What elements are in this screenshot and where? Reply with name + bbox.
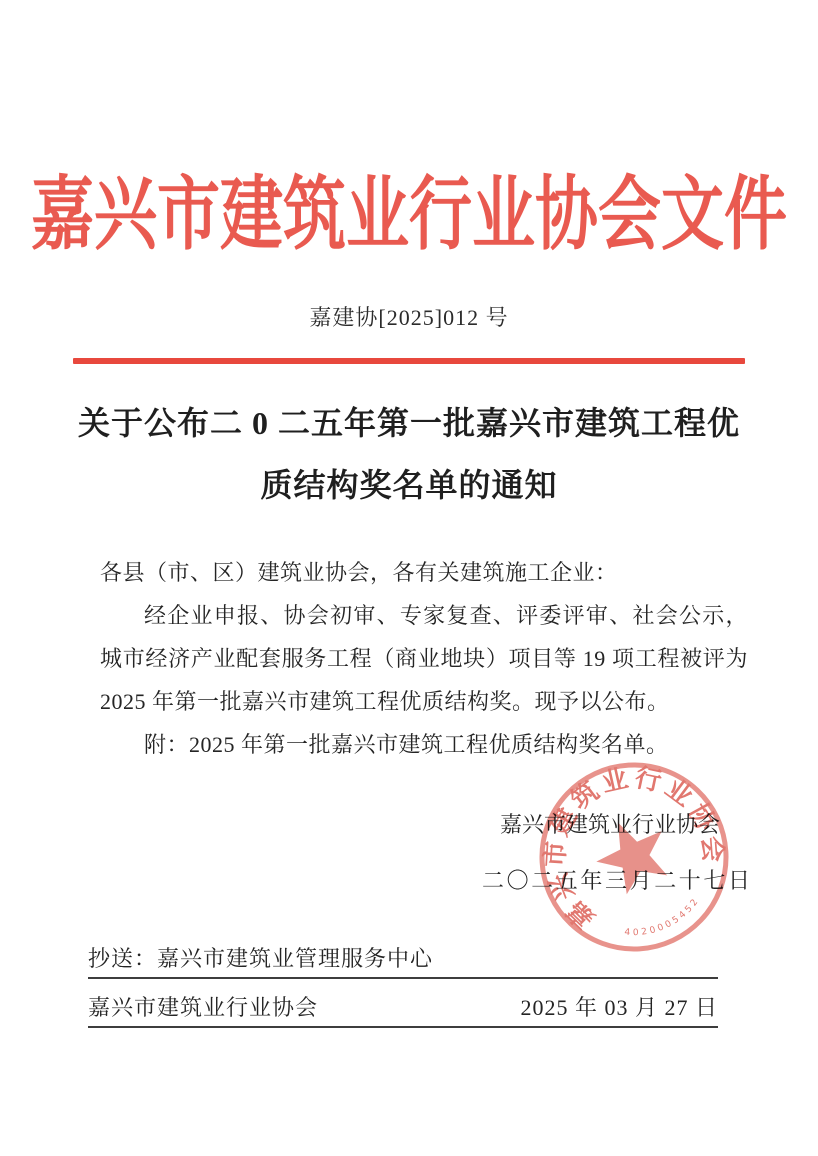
signature-organization: 嘉兴市建筑业行业协会 <box>500 808 722 839</box>
letterhead-title: 嘉兴市建筑业行业协会文件 <box>0 145 818 286</box>
signature-date: 二〇二五年三月二十七日 <box>482 864 758 895</box>
seal-ring <box>529 752 739 962</box>
issue-date: 2025 年 03 月 27 日 <box>520 991 718 1022</box>
document-page: 嘉兴市建筑业行业协会文件 嘉建协[2025]012 号 关于公布二 0 二五年第… <box>0 0 818 1156</box>
attachment-line: 附：2025 年第一批嘉兴市建筑工程优质结构奖名单。 <box>100 723 748 766</box>
salutation-line: 各县（市、区）建筑业协会，各有关建筑施工企业： <box>100 551 748 594</box>
seal-organization-text: 嘉兴市建筑业行业协会 <box>529 752 739 939</box>
document-title-line1: 关于公布二 0 二五年第一批嘉兴市建筑工程优 <box>0 392 818 454</box>
document-number: 嘉建协[2025]012 号 <box>0 301 818 332</box>
issuer-name: 嘉兴市建筑业行业协会 <box>88 991 318 1022</box>
body-line: 城市经济产业配套服务工程（商业地块）项目等 19 项工程被评为 <box>100 637 748 680</box>
official-seal-graphic: 嘉兴市建筑业行业协会 4020005452 <box>529 752 739 962</box>
document-body: 各县（市、区）建筑业协会，各有关建筑施工企业： 经企业申报、协会初审、专家复查、… <box>100 551 748 766</box>
body-line: 2025 年第一批嘉兴市建筑工程优质结构奖。现予以公布。 <box>100 680 748 723</box>
official-seal: 嘉兴市建筑业行业协会 4020005452 <box>529 752 739 962</box>
issuer-row: 嘉兴市建筑业行业协会 2025 年 03 月 27 日 <box>88 979 718 1028</box>
cc-value: 嘉兴市建筑业管理服务中心 <box>157 946 433 971</box>
cc-row: 抄送：嘉兴市建筑业管理服务中心 <box>88 942 718 979</box>
body-line: 经企业申报、协会初审、专家复查、评委评审、社会公示， <box>100 594 748 637</box>
red-divider-line <box>73 358 745 364</box>
cc-label: 抄送： <box>88 946 157 971</box>
document-title-line2: 质结构奖名单的通知 <box>0 454 818 516</box>
document-title: 关于公布二 0 二五年第一批嘉兴市建筑工程优 质结构奖名单的通知 <box>0 392 818 516</box>
seal-serial-number: 4020005452 <box>620 893 707 949</box>
document-footer: 抄送：嘉兴市建筑业管理服务中心 嘉兴市建筑业行业协会 2025 年 03 月 2… <box>88 942 718 1028</box>
